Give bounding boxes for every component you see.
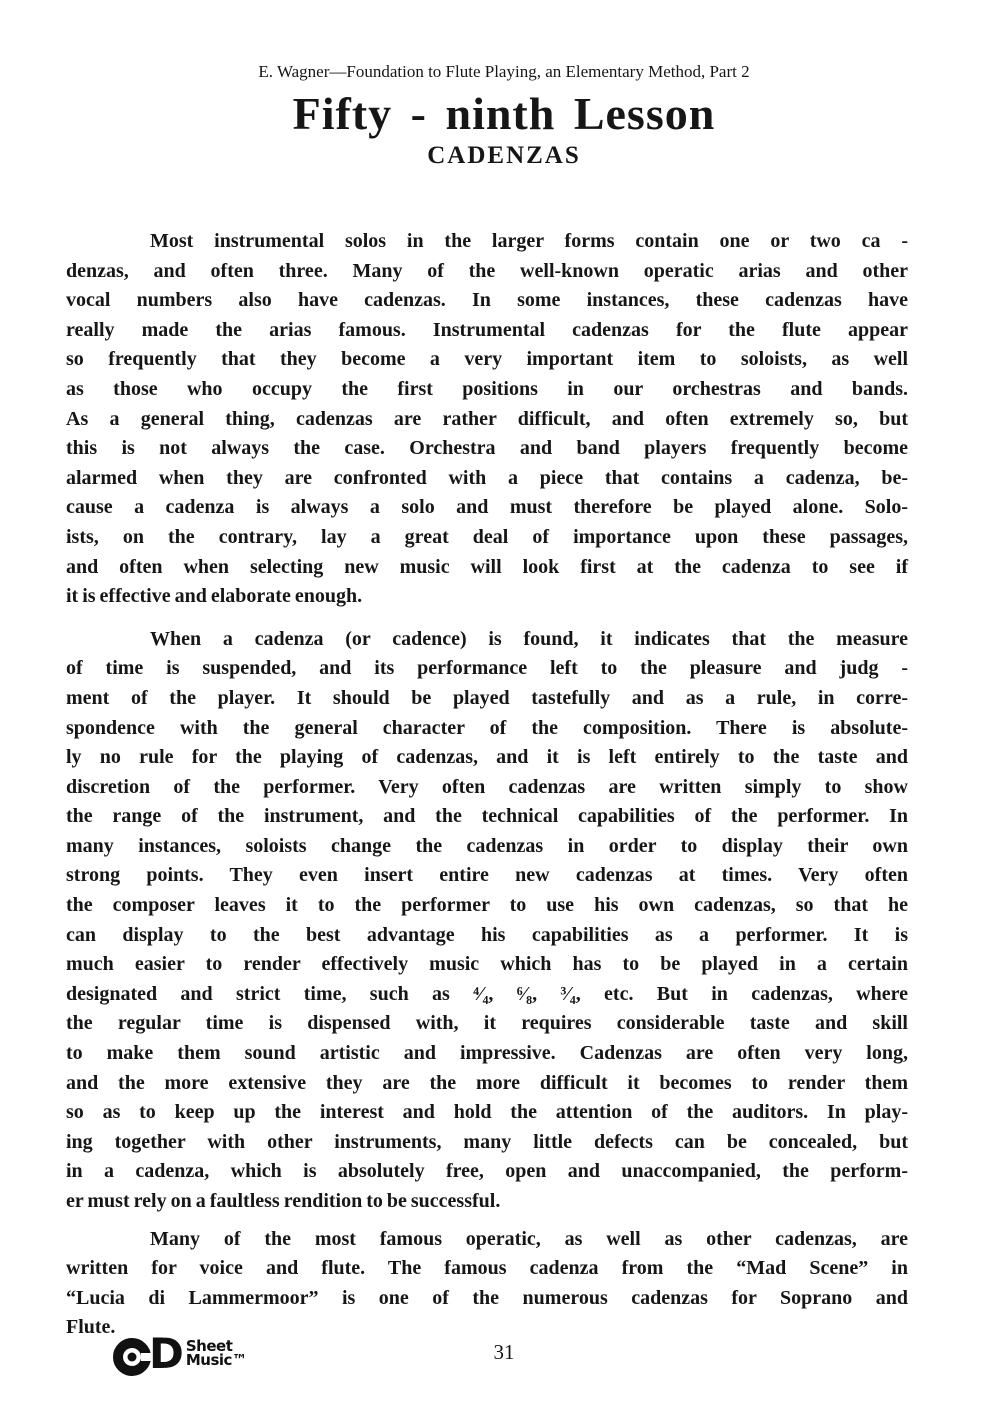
text-line: the composer leaves it to the performer … — [66, 891, 908, 921]
text-line: spondence with the general character of … — [66, 714, 908, 744]
text-line: to make them sound artistic and impressi… — [66, 1039, 908, 1069]
text-line: many instances, soloists change the cade… — [66, 832, 908, 862]
text-line: this is not always the case. Orchestra a… — [66, 434, 908, 464]
text-line: ment of the player. It should be played … — [66, 684, 908, 714]
text-line: ly no rule for the playing of cadenzas, … — [66, 743, 908, 773]
text-line: ists, on the contrary, lay a great deal … — [66, 523, 908, 553]
text-line: denzas, and often three. Many of the wel… — [66, 257, 908, 287]
text-line: Many of the most famous operatic, as wel… — [66, 1225, 908, 1255]
text-line: can display to the best advantage his ca… — [66, 921, 908, 951]
text-line: it is effective and elaborate enough. — [66, 582, 908, 612]
book-page: E. Wagner—Foundation to Flute Playing, a… — [0, 0, 1008, 1415]
text-line: discretion of the performer. Very often … — [66, 773, 908, 803]
text-line: “Lucia di Lammermoor” is one of the nume… — [66, 1284, 908, 1314]
text-line: really made the arias famous. Instrument… — [66, 316, 908, 346]
running-header: E. Wagner—Foundation to Flute Playing, a… — [0, 60, 1008, 84]
page-body: Most instrumental solos in the larger fo… — [66, 227, 908, 1343]
text-line: of time is suspended, and its performanc… — [66, 654, 908, 684]
text-line: and often when selecting new music will … — [66, 553, 908, 583]
text-line: so frequently that they become a very im… — [66, 345, 908, 375]
text-line: When a cadenza (or cadence) is found, it… — [66, 625, 908, 655]
text-line: the range of the instrument, and the tec… — [66, 802, 908, 832]
text-line: Most instrumental solos in the larger fo… — [66, 227, 908, 257]
text-line: As a general thing, cadenzas are rather … — [66, 405, 908, 435]
text-line: written for voice and flute. The famous … — [66, 1254, 908, 1284]
paragraph-2: When a cadenza (or cadence) is found, it… — [66, 625, 908, 1217]
paragraph-3: Many of the most famous operatic, as wel… — [66, 1225, 908, 1343]
text-line: designated and strict time, such as ⁴⁄₄,… — [66, 980, 908, 1010]
text-line: in a cadenza, which is absolutely free, … — [66, 1157, 908, 1187]
lesson-subtitle: CADENZAS — [0, 142, 1008, 170]
text-line: so as to keep up the interest and hold t… — [66, 1098, 908, 1128]
text-line: alarmed when they are confronted with a … — [66, 464, 908, 494]
text-line: vocal numbers also have cadenzas. In som… — [66, 286, 908, 316]
text-line: er must rely on a faultless rendition to… — [66, 1187, 908, 1217]
text-line: strong points. They even insert entire n… — [66, 861, 908, 891]
text-line: cause a cadenza is always a solo and mus… — [66, 493, 908, 523]
text-line: as those who occupy the first positions … — [66, 375, 908, 405]
lesson-title: Fifty - ninth Lesson — [0, 88, 1008, 140]
text-line: and the more extensive they are the more… — [66, 1069, 908, 1099]
text-line: ing together with other instruments, man… — [66, 1128, 908, 1158]
paragraph-1: Most instrumental solos in the larger fo… — [66, 227, 908, 612]
page-number: 31 — [0, 1340, 1008, 1365]
page-footer: D Sheet Music™ 31 — [0, 1334, 1008, 1394]
text-line: much easier to render effectively music … — [66, 950, 908, 980]
text-line: the regular time is dispensed with, it r… — [66, 1009, 908, 1039]
